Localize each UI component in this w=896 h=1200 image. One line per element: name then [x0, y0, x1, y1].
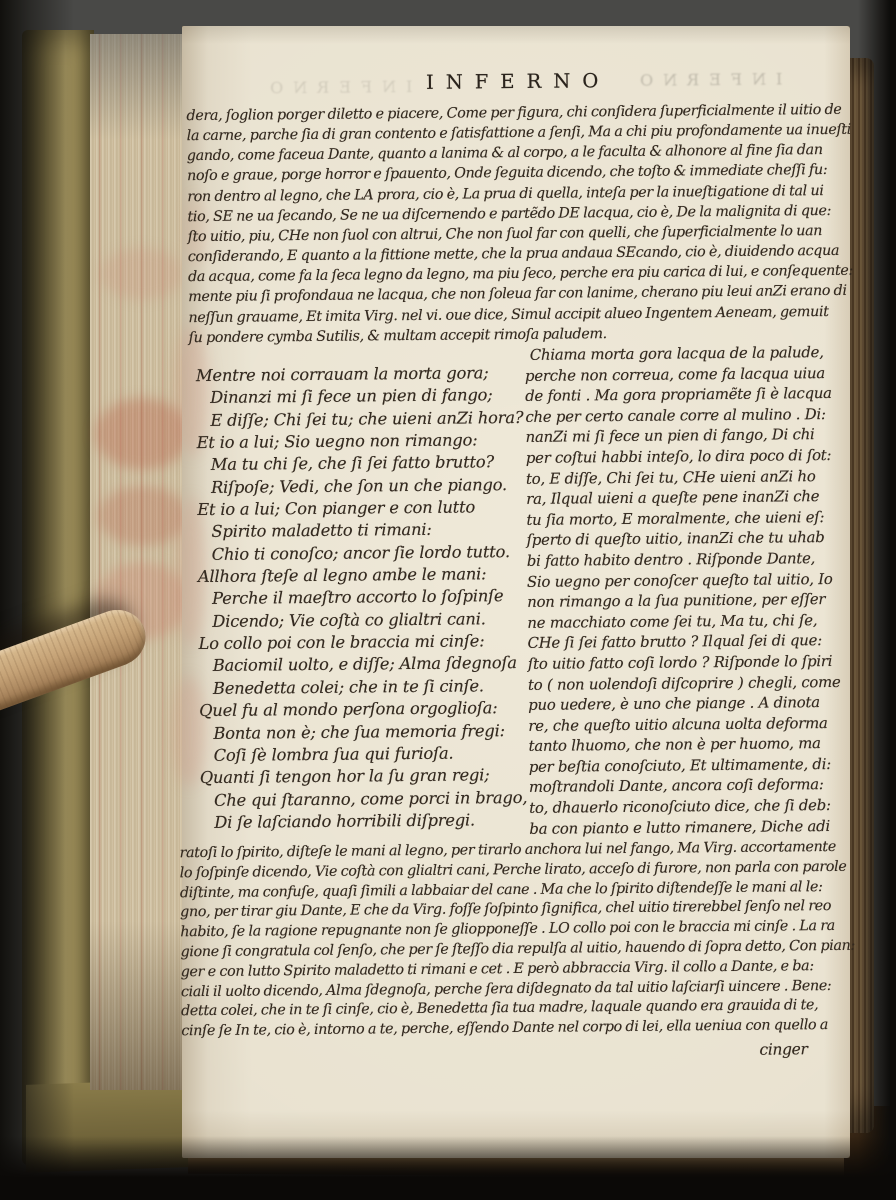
- text-line: puo uedere, è uno che piange . A dinota: [528, 692, 844, 716]
- verse-line: Dicendo; Vie coſtà co glialtri cani.: [212, 608, 543, 634]
- text-line: per coſtui habbi inteſo, lo dira poco di…: [526, 445, 842, 469]
- text-line: ra, Ilqual uieni a queſte pene inanZi ch…: [526, 486, 842, 510]
- page-title: INFERNO: [426, 69, 610, 94]
- text-line: ſperto di queſto uitio, inanZi che tu uh…: [526, 527, 842, 551]
- text-line: non rimango a la ſua punitione, per eſſe…: [527, 589, 843, 613]
- verse-line: Quel fu al mondo perſona orgoglioſa:: [199, 697, 544, 723]
- book-photograph: INFERNO INFERNO INFERNO dera, ſoglion po…: [0, 0, 896, 1200]
- verse-line: Bonta non è; che ſua memoria fregi:: [213, 719, 544, 745]
- verse-line: Coſi ſè lombra ſua qui furioſa.: [214, 742, 545, 768]
- running-header: INFERNO: [178, 67, 846, 96]
- text-line: de fonti . Ma gora propriamẽte ſi è lacq…: [525, 383, 841, 407]
- text-line: bi fatto habito dentro . Riſponde Dante,: [527, 548, 843, 572]
- bottom-commentary: ratoſi lo ſpirito, diſteſe le mani al le…: [179, 838, 853, 1042]
- page-content: INFERNO INFERNO INFERNO dera, ſoglion po…: [178, 23, 857, 1161]
- catchword-row: cinger: [181, 1036, 853, 1066]
- verse-line: Spirito maladetto ti rimani:: [211, 518, 542, 544]
- verse-line: Et io a lui; Sio uegno non rimango:: [197, 429, 542, 455]
- verse-line: Quanti ſi tengon hor la ſu gran regi;: [200, 764, 545, 790]
- commentary-column: Chiama morta gora lacqua de la palude,pe…: [525, 342, 846, 839]
- verse-line: Riſpoſe; Vedi, che ſon un che piango.: [211, 473, 542, 499]
- verse-line: Mentre noi corrauam la morta gora;: [196, 362, 541, 388]
- top-commentary: dera, ſoglion porger diletto e piacere, …: [186, 100, 844, 348]
- verse-line: Lo collo poi con le braccia mi cinſe:: [198, 630, 543, 656]
- catchword: cinger: [181, 1040, 853, 1066]
- verse-line: Baciomil uolto, e diſſe; Alma ſdegnoſa: [213, 652, 544, 678]
- text-line: Chiama morta gora lacqua de la palude,: [530, 342, 841, 366]
- verse-line: Benedetta colei; che in te ſi cinſe.: [213, 675, 544, 701]
- verse-line: Ma tu chi ſe, che ſi ſei fatto brutto?: [211, 451, 542, 477]
- verse-line: Allhora ſteſe al legno ambe le mani:: [198, 563, 543, 589]
- vellum-binding: [22, 30, 94, 1165]
- left-fore-edge-pages: [90, 34, 190, 1090]
- verse-line: E diſſe; Chi ſei tu; che uieni anZi hora…: [210, 406, 541, 432]
- verse-line: Et io a lui; Con pianger e con lutto: [197, 496, 542, 522]
- verse-column: Mentre noi corrauam la morta gora;Dinanz…: [196, 362, 545, 835]
- vellum-binding-bottom: [26, 1079, 188, 1173]
- book-page: INFERNO INFERNO INFERNO dera, ſoglion po…: [182, 26, 850, 1158]
- verse-line: Dinanzi mi ſi fece un pien di fango;: [210, 384, 541, 410]
- verse-line: Perche il maeſtro accorto lo ſoſpinſe: [212, 585, 543, 611]
- text-line: CHe ſi ſei fatto brutto ? Ilqual ſei di …: [527, 630, 843, 654]
- text-line: ba con pianto e lutto rimanere, Diche ad…: [529, 816, 845, 840]
- text-line: tanto lhuomo, che non è per huomo, ma: [528, 733, 844, 757]
- verse-line: Chio ti conoſco; ancor ſie lordo tutto.: [212, 540, 543, 566]
- verse-line: Di ſe laſciando horribili diſpregi.: [214, 809, 545, 835]
- text-line: to, dhauerlo riconoſciuto dice, che ſi d…: [529, 795, 845, 819]
- text-line: ſto uitio fatto coſi lordo ? Riſponde lo…: [528, 651, 844, 675]
- verse-line: Che qui ſtaranno, come porci in brago,: [214, 786, 545, 812]
